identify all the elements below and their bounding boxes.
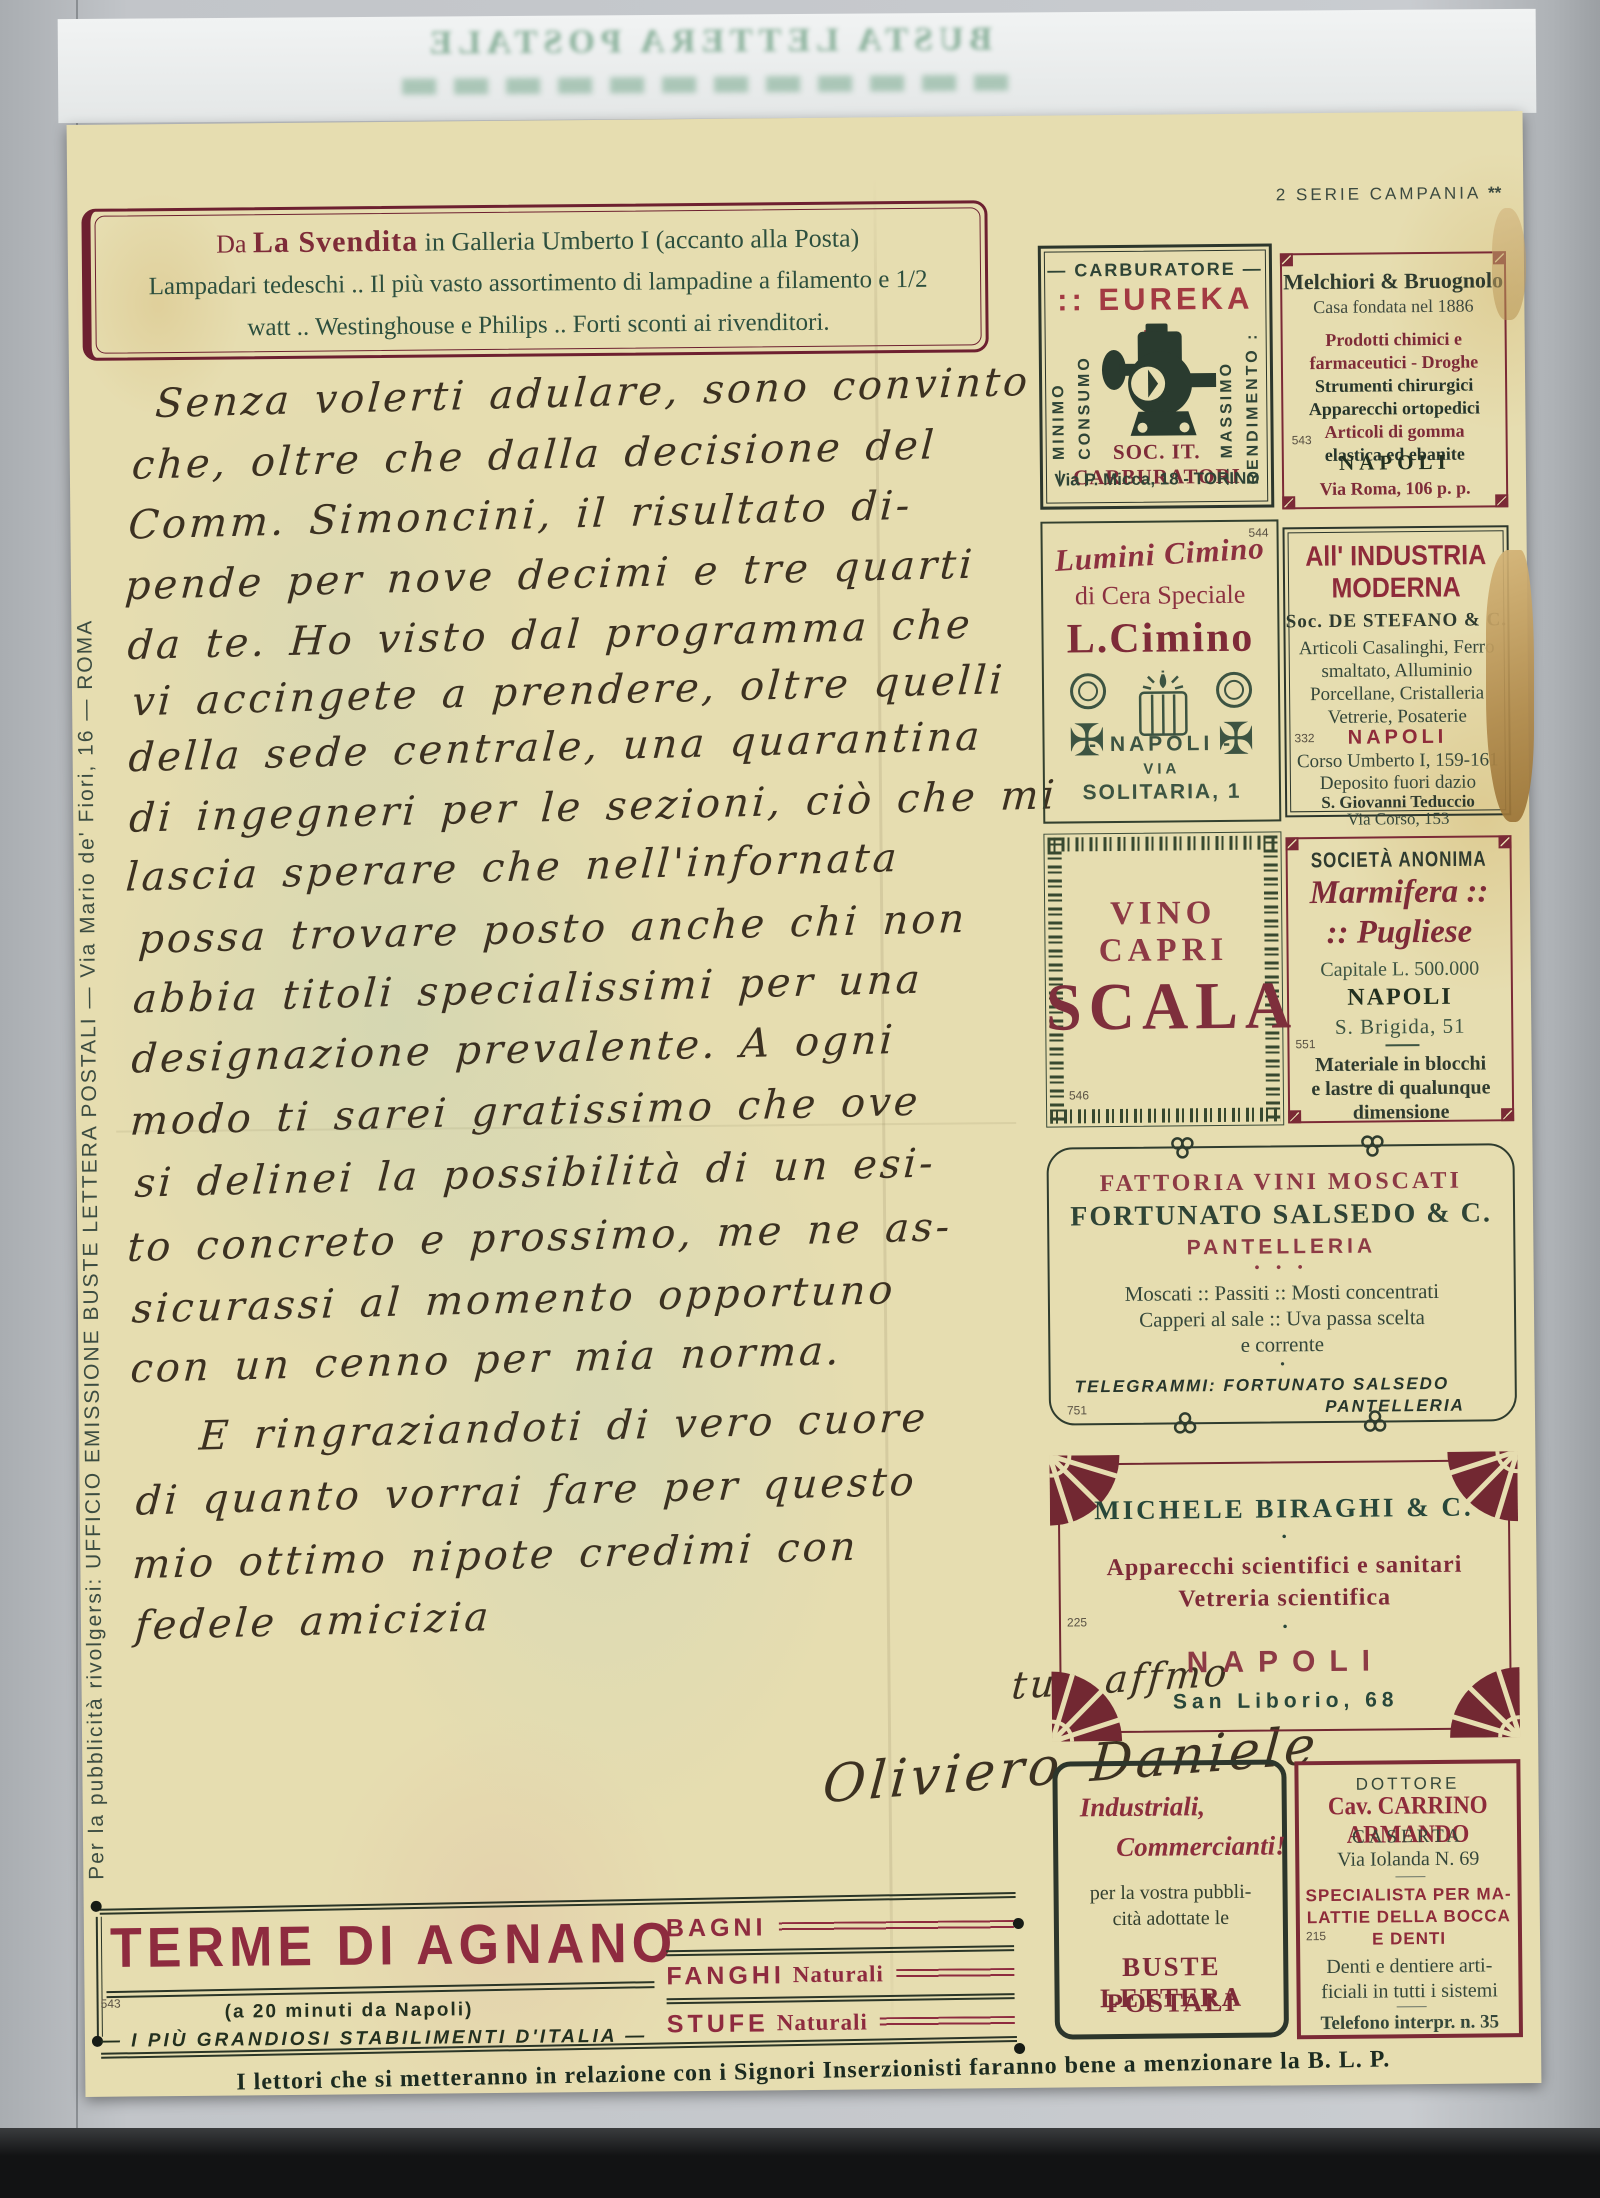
border-line	[96, 1917, 103, 2037]
ad-salsedo-telegrams-place: PANTELLERIA	[1325, 1396, 1465, 1417]
corner-dot	[1014, 2043, 1025, 2054]
product-line: Apparecchi ortopedici	[1291, 396, 1497, 421]
ad-melchiori-products: Prodotti chimici e farmaceutici - Droghe…	[1291, 327, 1498, 467]
product-line: Prodotti chimici e	[1291, 327, 1497, 352]
scroll-border-ornament	[1047, 835, 1277, 851]
ad-cimino-name: L.Cimino	[1043, 613, 1277, 663]
rule-fill	[880, 2016, 1015, 2027]
dots-ornament: • • •	[1050, 1257, 1514, 1279]
ad-industria-address4: Via Corso, 153	[1287, 808, 1509, 830]
ad-la-svendita-line3: watt .. Westinghouse e Philips .. Forti …	[91, 307, 985, 344]
ad-cimino-city: - NAPOLI -	[1044, 731, 1278, 757]
ad-vino-line1: VINO CAPRI	[1045, 894, 1282, 970]
ad-carrino-phone: Telefono interpr. n. 35	[1301, 2011, 1519, 2035]
ad-marmifera-city: NAPOLI	[1289, 983, 1511, 1012]
ad-carrino-city: CASERTA	[1299, 1825, 1517, 1849]
service-qualifier: Naturali	[777, 2009, 868, 2036]
service-row: FANGHINaturali	[666, 1952, 1014, 1997]
series-label: 2 SERIE CAMPANIA **	[1276, 183, 1502, 205]
service-name: BAGNI	[666, 1913, 767, 1943]
ad-eureka-header: — CARBURATORE —	[1041, 258, 1269, 281]
ad-la-svendita: Da La Svendita in Galleria Umberto I (ac…	[81, 200, 988, 361]
ad-industria-company: Soc. DE STEFANO & C.	[1285, 609, 1507, 633]
letter-line: della sede centrale, una quarantina	[127, 714, 983, 782]
publisher-vertical-text: Per la pubblicità rivolgersi: UFFICIO EM…	[71, 380, 119, 1880]
ad-marmifera-pugliese: SOCIETÀ ANONIMA Marmifera :: :: Pugliese…	[1285, 835, 1514, 1123]
ad-melchiori-founded: Casa fondata nel 1886	[1282, 295, 1504, 318]
divider	[1385, 1044, 1419, 1046]
busta-lettera-postale-card: Da La Svendita in Galleria Umberto I (ac…	[67, 111, 1542, 2097]
ad-blp-line2: Commercianti!	[1116, 1830, 1286, 1863]
clover-ornament-icon	[1168, 1136, 1196, 1160]
ad-vino-line2: SCALA	[1046, 967, 1283, 1047]
carburetor-illustration	[1094, 321, 1225, 440]
ad-lumini-cimino: 544 Lumini Cimino di Cera Speciale L.Cim…	[1040, 519, 1281, 823]
letter-line: di quanto vorrai fare per questo	[134, 1459, 918, 1525]
letter-line: fedele amicizia	[134, 1594, 493, 1649]
ad-marmifera-header: SOCIETÀ ANONIMA	[1288, 847, 1510, 874]
product-line: Porcellane, Cristalleria	[1292, 681, 1502, 706]
ad-blp-line4: cità adottate le	[1059, 1906, 1283, 1931]
ad-terme-services: BAGNI FANGHINaturali STUFENaturali	[666, 1904, 1015, 2045]
ad-la-svendita-rest: in Galleria Umberto I (accanto alla Post…	[418, 223, 859, 256]
ad-cimino-script-title: Lumini Cimino	[1042, 529, 1278, 579]
ad-salsedo-header: FATTORIA VINI MOSCATI	[1049, 1167, 1513, 1198]
product-line: e lastre di qualunque	[1296, 1075, 1506, 1101]
product-line: Strumenti chirurgici	[1291, 373, 1497, 398]
rule-fill	[778, 1920, 1014, 1932]
ad-carrino-armando: DOTTORE Cav. CARRINO ARMANDO CASERTA Via…	[1294, 1759, 1523, 2039]
ad-marmifera-address: S. Brigida, 51	[1289, 1013, 1511, 1040]
paper-damage-patch	[1486, 550, 1534, 822]
title-underline	[106, 1981, 654, 1998]
paper-damage-patch	[1492, 208, 1526, 320]
clover-ornament-icon	[1171, 1410, 1199, 1434]
letter-line: di ingegneri per le sezioni, ciò che mi	[128, 772, 1059, 842]
letter-line: vi accingete a prendere, oltre quelli	[131, 657, 1007, 725]
scan-background	[0, 2128, 1600, 2198]
ad-blp-line1: Industriali,	[1080, 1791, 1206, 1823]
ad-eureka-carburatore: — CARBURATORE — :: EUREKA :: — MINIMO — …	[1038, 243, 1275, 509]
ad-industria-moderna: All' INDUSTRIA MODERNA Soc. DE STEFANO &…	[1282, 525, 1511, 817]
candle-illustration	[1088, 670, 1239, 741]
ad-salsedo-telegrams: TELEGRAMMI: FORTUNATO SALSEDO	[1075, 1374, 1450, 1398]
letter-line: sicurassi al momento opportuno	[131, 1267, 897, 1332]
ad-number: 215	[1306, 1929, 1326, 1943]
ad-marmifera-capital: Capitale L. 500.000	[1289, 957, 1511, 982]
seal-medallion-icon	[1070, 673, 1106, 709]
specialty-line: SPECIALISTA PER MA-	[1304, 1883, 1514, 1907]
ad-biraghi-company: MICHELE BIRAGHI & C.	[1050, 1491, 1518, 1526]
ad-carrino-specialty: SPECIALISTA PER MA- LATTIE DELLA BOCCA E…	[1304, 1883, 1515, 1951]
product-line: farmaceutici - Droghe	[1291, 350, 1497, 375]
ad-biraghi-address: San Liborio, 68	[1052, 1687, 1520, 1715]
letter-line: con un cenno per mia norma.	[129, 1328, 843, 1392]
ad-eureka-address: Via P. Micca, 18 - TORINO	[1043, 468, 1271, 490]
clover-ornament-icon	[1358, 1134, 1386, 1158]
letter-line: E ringraziandoti di vero cuore	[198, 1395, 930, 1460]
ad-fortunato-salsedo: FATTORIA VINI MOSCATI FORTUNATO SALSEDO …	[1046, 1143, 1517, 1425]
corner-dot	[91, 1901, 102, 1912]
ad-number: 751	[1067, 1403, 1087, 1417]
ad-number: 225	[1067, 1615, 1087, 1629]
corner-dot	[1013, 1918, 1024, 1929]
ad-carrino-address: Via Iolanda N. 69	[1299, 1847, 1517, 1872]
product-line: dimensione	[1296, 1099, 1506, 1125]
product-line: Articoli Casalinghi, Ferro	[1292, 635, 1502, 660]
ad-la-svendita-brand: La Svendita	[253, 225, 419, 260]
corner-ornament	[1280, 253, 1293, 266]
ad-industria-city: NAPOLI	[1286, 725, 1508, 750]
product-line: Articoli di gomma	[1291, 419, 1497, 444]
ad-marmifera-products: Materiale in blocchi e lastre di qualunq…	[1296, 1051, 1507, 1125]
ad-number: 546	[1069, 1088, 1089, 1102]
ad-melchiori-title: Melchiori & Bruognolo	[1282, 267, 1504, 295]
letter-line: modo ti sarei gratissimo che ove	[129, 1079, 922, 1145]
ghost-showthrough-line	[388, 75, 1008, 95]
ad-number: 551	[1295, 1037, 1315, 1051]
product-line: smaltato, Alluminio	[1292, 658, 1502, 683]
specialty-line: LATTIE DELLA BOCCA	[1304, 1905, 1514, 1929]
ad-la-svendita-line1: Da La Svendita in Galleria Umberto I (ac…	[91, 219, 985, 262]
ad-la-svendita-line2: Lampadari tedeschi .. Il più vasto assor…	[91, 265, 985, 302]
letter-line: si delinei la possibilità di un esi-	[133, 1140, 937, 1206]
ad-industria-title2: MODERNA	[1285, 571, 1507, 606]
rule-fill	[896, 1968, 1015, 1979]
specialty-line: E DENTI	[1304, 1927, 1514, 1951]
letter-line: possa trovare posto anche chi non	[137, 896, 969, 963]
service-row: BAGNI	[666, 1904, 1014, 1949]
service-line: ficiali in tutti i sistemi	[1304, 1978, 1514, 2005]
dot-ornament: •	[1050, 1355, 1514, 1375]
service-qualifier: Naturali	[793, 1961, 884, 1988]
ad-number: 543	[1292, 433, 1312, 447]
divider	[1395, 1876, 1425, 1877]
ad-terme-subtitle: (a 20 minuti da Napoli)	[225, 1999, 474, 2023]
letter-line: da te. Ho visto dal programma che	[126, 602, 974, 669]
ad-marmifera-title2: :: Pugliese	[1288, 913, 1510, 952]
divider	[1397, 2006, 1427, 2007]
ad-terme-title: TERME DI AGNANO	[110, 1911, 678, 1981]
service-name: STUFE	[667, 2009, 769, 2039]
ad-number: 543	[101, 1997, 121, 2011]
ad-industria-products: Articoli Casalinghi, Ferro smaltato, All…	[1292, 635, 1503, 729]
ad-industria-title1: All' INDUSTRIA	[1285, 539, 1507, 574]
letter-line: abbia titoli specialissimi per una	[132, 957, 925, 1023]
product-line: Materiale in blocchi	[1296, 1051, 1506, 1077]
ad-vino-capri-scala: VINO CAPRI SCALA 546	[1043, 831, 1284, 1127]
ad-michele-biraghi: MICHELE BIRAGHI & C. • Apparecchi scient…	[1049, 1451, 1520, 1741]
service-name: FANGHI	[666, 1961, 785, 1991]
letter-line: designazione prevalente. A ogni	[130, 1017, 897, 1082]
ghost-showthrough-title: BUSTA LETTERA POSTALE	[298, 20, 1118, 64]
ad-cimino-subtitle: di Cera Speciale	[1043, 579, 1277, 611]
ad-marmifera-title1: Marmifera ::	[1288, 873, 1510, 912]
ad-blp-line3: per la vostra pubbli-	[1058, 1880, 1282, 1905]
letter-line: pende per nove decimi e tre quarti	[124, 542, 977, 610]
ad-blp-line6: POSTALI	[1060, 1986, 1284, 2019]
ad-la-svendita-prefix: Da	[216, 229, 247, 258]
ad-cimino-via: VIA	[1045, 759, 1279, 778]
letter-line: che, oltre che dalla decisione del	[130, 422, 938, 488]
seal-medallion-icon	[1216, 672, 1252, 708]
ad-buste-lettera-postali: Industriali, Commercianti! per la vostra…	[1052, 1759, 1289, 2039]
ad-salsedo-company: FORTUNATO SALSEDO & C.	[1049, 1197, 1513, 1233]
sleeve-backing: BUSTA LETTERA POSTALE	[58, 9, 1537, 123]
letter-line: to concreto e prossimo, me ne as-	[126, 1204, 954, 1271]
ad-biraghi-line2: Vetreria scientifica	[1051, 1583, 1519, 1614]
ad-melchiori-city: NAPOLI	[1284, 449, 1506, 476]
service-line: Denti e dentiere arti-	[1304, 1953, 1514, 1980]
ad-carrino-services: Denti e dentiere arti- ficiali in tutti …	[1304, 1953, 1514, 2005]
service-row: STUFENaturali	[667, 2000, 1015, 2045]
ad-melchiori-bruognolo: Melchiori & Bruognolo Casa fondata nel 1…	[1280, 251, 1508, 509]
series-marks: **	[1488, 183, 1501, 202]
ad-terme-di-agnano: TERME DI AGNANO 543 (a 20 minuti da Napo…	[94, 1892, 1023, 2061]
letter-line: mio ottimo nipote credimi con	[131, 1524, 860, 1588]
letter-line: Comm. Simoncini, il risultato di-	[127, 483, 914, 549]
ad-biraghi-line1: Apparecchi scientifici e sanitari	[1050, 1551, 1518, 1582]
letter-line: Senza volerti adulare, sono convinto	[154, 359, 1032, 427]
ad-salsedo-products: Moscati :: Passiti :: Mosti concentrati …	[1060, 1277, 1505, 1359]
scanned-page: BUSTA LETTERA POSTALE Da La Svendita in …	[0, 0, 1600, 2198]
ad-cimino-street: SOLITARIA, 1	[1045, 779, 1279, 805]
scroll-border-ornament	[1050, 1107, 1280, 1123]
ad-industria-address1: Corso Umberto I, 159-161	[1287, 749, 1509, 773]
ad-biraghi-city: NAPOLI	[1051, 1643, 1519, 1681]
letter-line: lascia sperare che nell'infornata	[124, 835, 900, 901]
ad-melchiori-address: Via Roma, 106 p. p.	[1284, 477, 1506, 500]
product-line: Moscati :: Passiti :: Mosti concentrati	[1060, 1277, 1504, 1307]
